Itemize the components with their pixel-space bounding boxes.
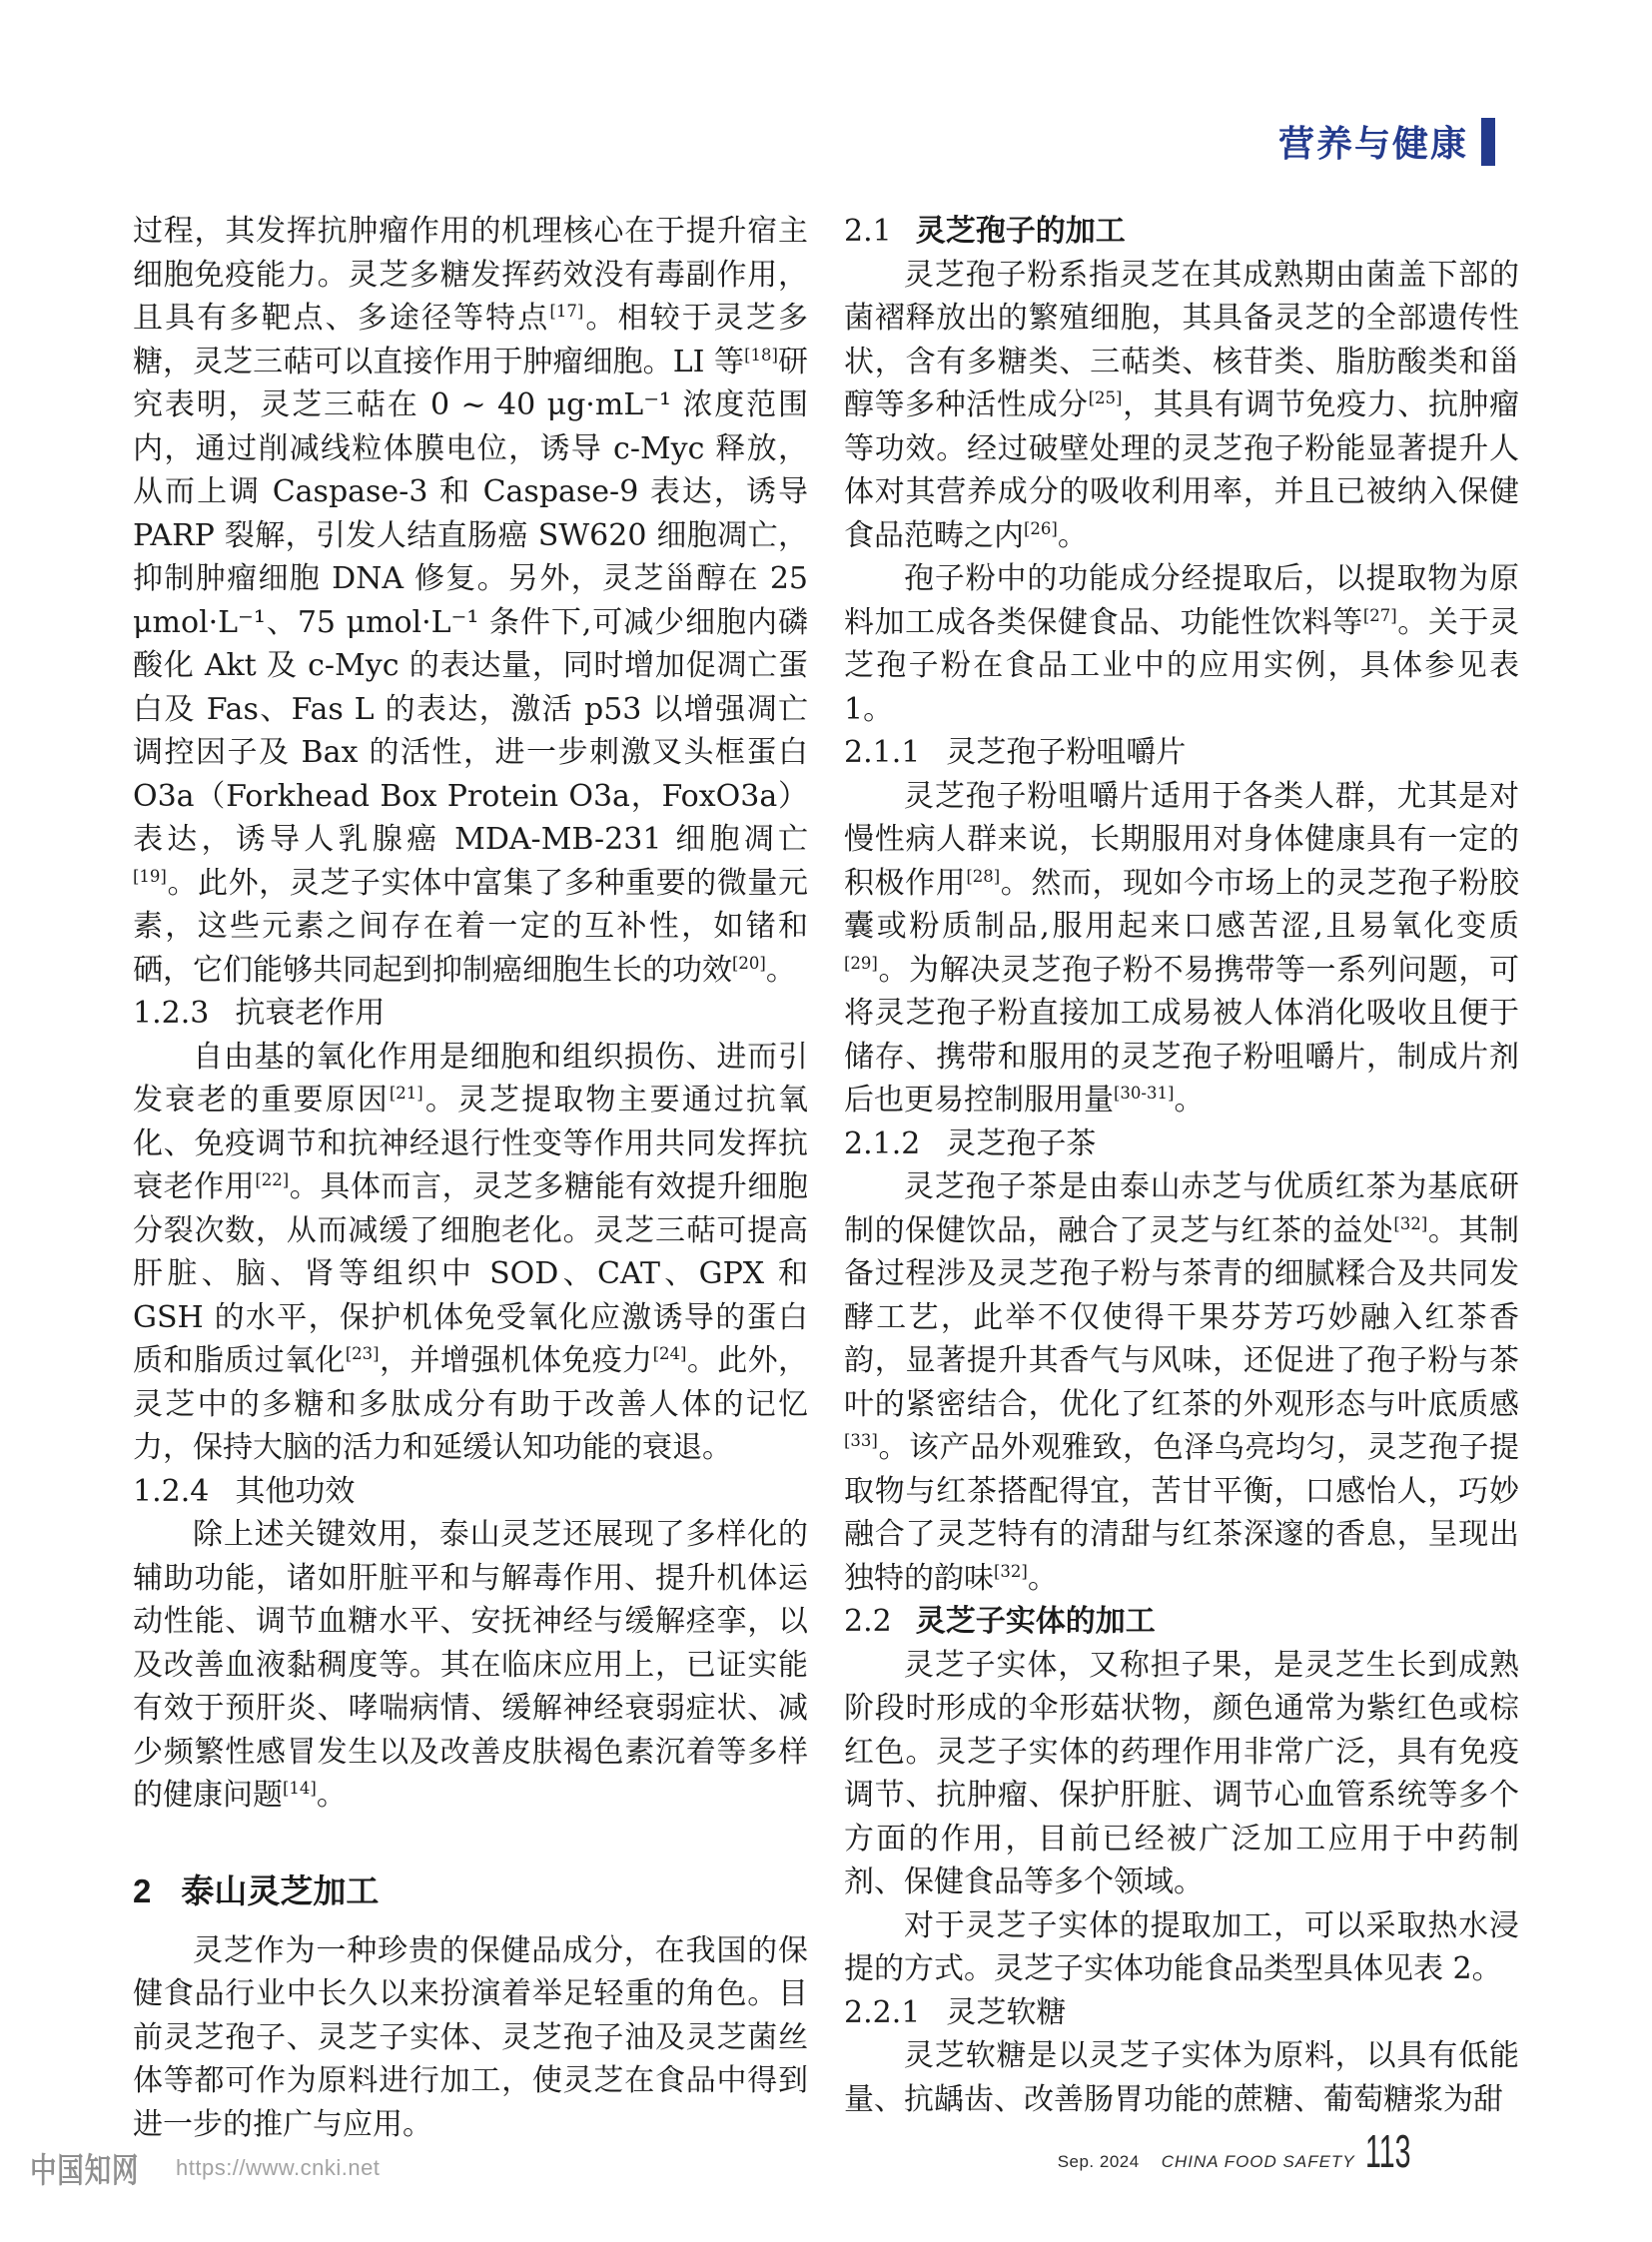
paragraph: 自由基的氧化作用是细胞和组织损伤、进而引发衰老的重要原因[21]。灵芝提取物主要… [133, 1036, 808, 1470]
paragraph: 灵芝子实体，又称担子果，是灵芝生长到成熟阶段时形成的伞形菇状物，颜色通常为紫红色… [844, 1644, 1519, 1904]
heading-number: 1.2.4 [133, 1470, 209, 1514]
heading-1.2.3: 1.2.3抗衰老作用 [133, 992, 808, 1036]
page-number: 113 [1365, 2131, 1410, 2171]
paragraph: 对于灵芝子实体的提取加工，可以采取热水浸提的方式。灵芝子实体功能食品类型具体见表… [844, 1904, 1519, 1991]
paragraph: 孢子粉中的功能成分经提取后，以提取物为原料加工成各类保健食品、功能性饮料等[27… [844, 557, 1519, 731]
cnki-url: https://www.cnki.net [176, 2155, 380, 2181]
paragraph: 过程，其发挥抗肿瘤作用的机理核心在于提升宿主细胞免疫能力。灵芝多糖发挥药效没有毒… [133, 210, 808, 992]
right-column: 2.1灵芝孢子的加工灵芝孢子粉系指灵芝在其成熟期由菌盖下部的菌褶释放出的繁殖细胞… [844, 210, 1519, 2121]
heading-title: 泰山灵芝加工 [181, 1872, 379, 1909]
page-header: 营养与健康 [0, 116, 1495, 167]
footer-journal-info: Sep. 2024 CHINA FOOD SAFETY 113 [1058, 2131, 1438, 2172]
heading-title: 灵芝孢子的加工 [916, 215, 1126, 248]
heading-1.2.4: 1.2.4其他功效 [133, 1470, 808, 1514]
heading-number: 2.1 [844, 210, 892, 254]
heading-title: 其他功效 [235, 1474, 355, 1509]
heading-2.2.1: 2.2.1灵芝软糖 [844, 1991, 1519, 2035]
heading-number: 2.1.1 [844, 731, 920, 775]
heading-2.1.1: 2.1.1灵芝孢子粉咀嚼片 [844, 731, 1519, 775]
section-banner-label: 营养与健康 [1278, 116, 1468, 167]
heading-title: 抗衰老作用 [235, 996, 385, 1031]
heading-2.2: 2.2灵芝子实体的加工 [844, 1600, 1519, 1644]
heading-number: 2.1.2 [844, 1122, 920, 1166]
paragraph: 灵芝软糖是以灵芝子实体为原料，以具有低能量、抗龋齿、改善肠胃功能的蔗糖、葡萄糖浆… [844, 2034, 1519, 2121]
issue-date: Sep. 2024 [1058, 2152, 1140, 2172]
paragraph: 除上述关键效用，泰山灵芝还展现了多样化的辅助功能，诸如肝脏平和与解毒作用、提升机… [133, 1513, 808, 1818]
heading-2.1: 2.1灵芝孢子的加工 [844, 210, 1519, 254]
left-column: 过程，其发挥抗肿瘤作用的机理核心在于提升宿主细胞免疫能力。灵芝多糖发挥药效没有毒… [133, 210, 808, 2146]
heading-number: 2.2 [844, 1600, 892, 1644]
cnki-watermark: 中国知网 https://www.cnki.net [30, 2143, 380, 2192]
journal-page: 营养与健康 过程，其发挥抗肿瘤作用的机理核心在于提升宿主细胞免疫能力。灵芝多糖发… [0, 0, 1652, 2242]
paragraph: 灵芝作为一种珍贵的保健品成分，在我国的保健食品行业中长久以来扮演着举足轻重的角色… [133, 1929, 808, 2147]
heading-number: 1.2.3 [133, 992, 209, 1036]
heading-title: 灵芝子实体的加工 [916, 1605, 1156, 1638]
journal-name: CHINA FOOD SAFETY [1162, 2152, 1355, 2172]
header-accent-bar-icon [1481, 118, 1495, 166]
heading-title: 灵芝孢子粉咀嚼片 [946, 735, 1186, 770]
heading-number: 2.2.1 [844, 1991, 920, 2035]
heading-2.1.2: 2.1.2灵芝孢子茶 [844, 1122, 1519, 1166]
heading-title: 灵芝孢子茶 [946, 1126, 1096, 1161]
paragraph: 灵芝孢子粉系指灵芝在其成熟期由菌盖下部的菌褶释放出的繁殖细胞，其具备灵芝的全部遗… [844, 254, 1519, 558]
paragraph: 灵芝孢子茶是由泰山赤芝与优质红茶为基底研制的保健饮品，融合了灵芝与红茶的益处[3… [844, 1165, 1519, 1600]
heading-2: 2泰山灵芝加工 [133, 1869, 808, 1913]
heading-number: 2 [133, 1869, 151, 1913]
heading-title: 灵芝软糖 [946, 1995, 1066, 2030]
paragraph: 灵芝孢子粉咀嚼片适用于各类人群，尤其是对慢性病人群来说，长期服用对身体健康具有一… [844, 775, 1519, 1122]
cnki-logo: 中国知网 [30, 2143, 139, 2192]
